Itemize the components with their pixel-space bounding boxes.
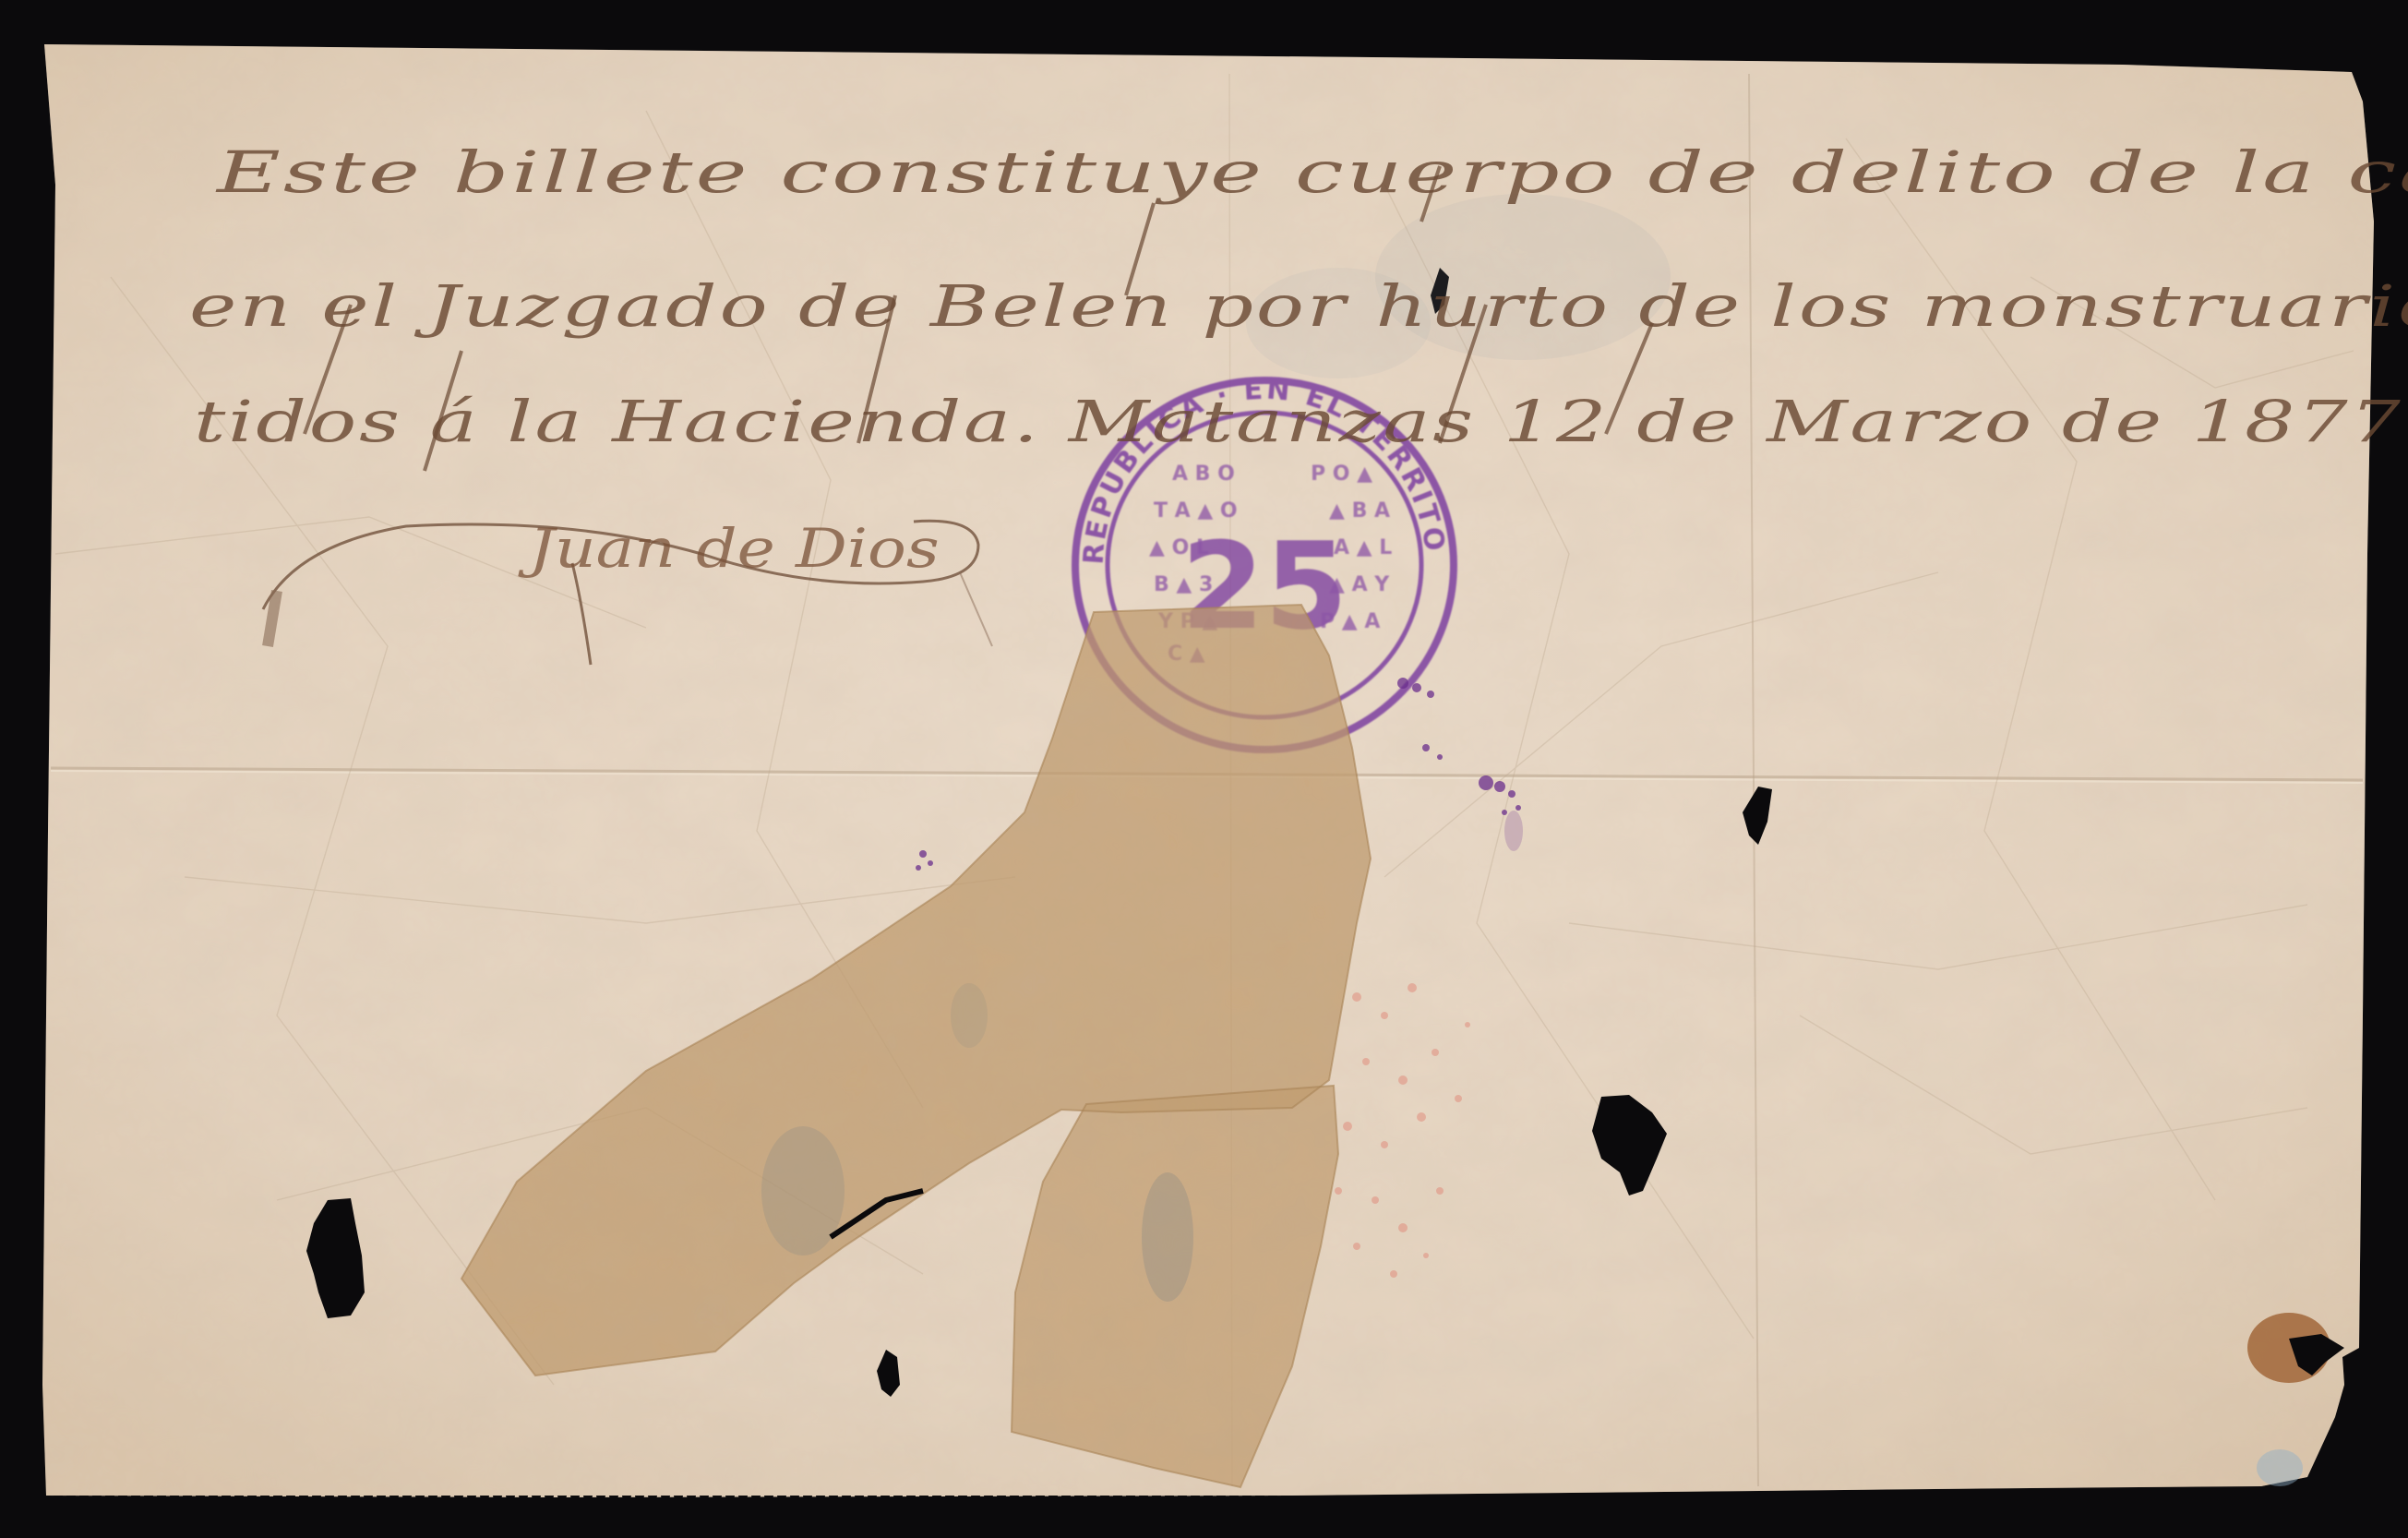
svg-text:▲ O L: ▲ O L xyxy=(1149,536,1209,559)
handwritten-line-2: en el Juzgado de Belen por hurto de los … xyxy=(189,272,2408,340)
svg-text:T A ▲ O: T A ▲ O xyxy=(1154,499,1238,523)
handwritten-line-3: tidos á la Hacienda. Matanzas 12 de Marz… xyxy=(194,388,2403,455)
perforated-top-edge xyxy=(44,37,2352,46)
svg-text:P ▲ A: P ▲ A xyxy=(1320,610,1380,633)
paper-sheet: REPUBLICA · EN EL TERRITORIO DE LOS 25 A… xyxy=(0,0,2408,1538)
svg-text:▲ B A: ▲ B A xyxy=(1329,499,1390,523)
perforated-bottom-edge xyxy=(44,1492,2352,1503)
document-scan: REPUBLICA · EN EL TERRITORIO DE LOS 25 A… xyxy=(0,0,2408,1538)
svg-text:A B O: A B O xyxy=(1172,463,1235,486)
svg-text:P O ▲: P O ▲ xyxy=(1311,463,1372,486)
handwritten-line-1: Este billete constituye cuerpo de delito… xyxy=(217,138,2408,206)
svg-text:A ▲ L: A ▲ L xyxy=(1334,536,1392,559)
svg-text:▲ A Y: ▲ A Y xyxy=(1329,573,1390,596)
handwritten-signature: Juan de Dios xyxy=(529,517,940,580)
svg-text:B ▲ 3: B ▲ 3 xyxy=(1154,573,1213,596)
